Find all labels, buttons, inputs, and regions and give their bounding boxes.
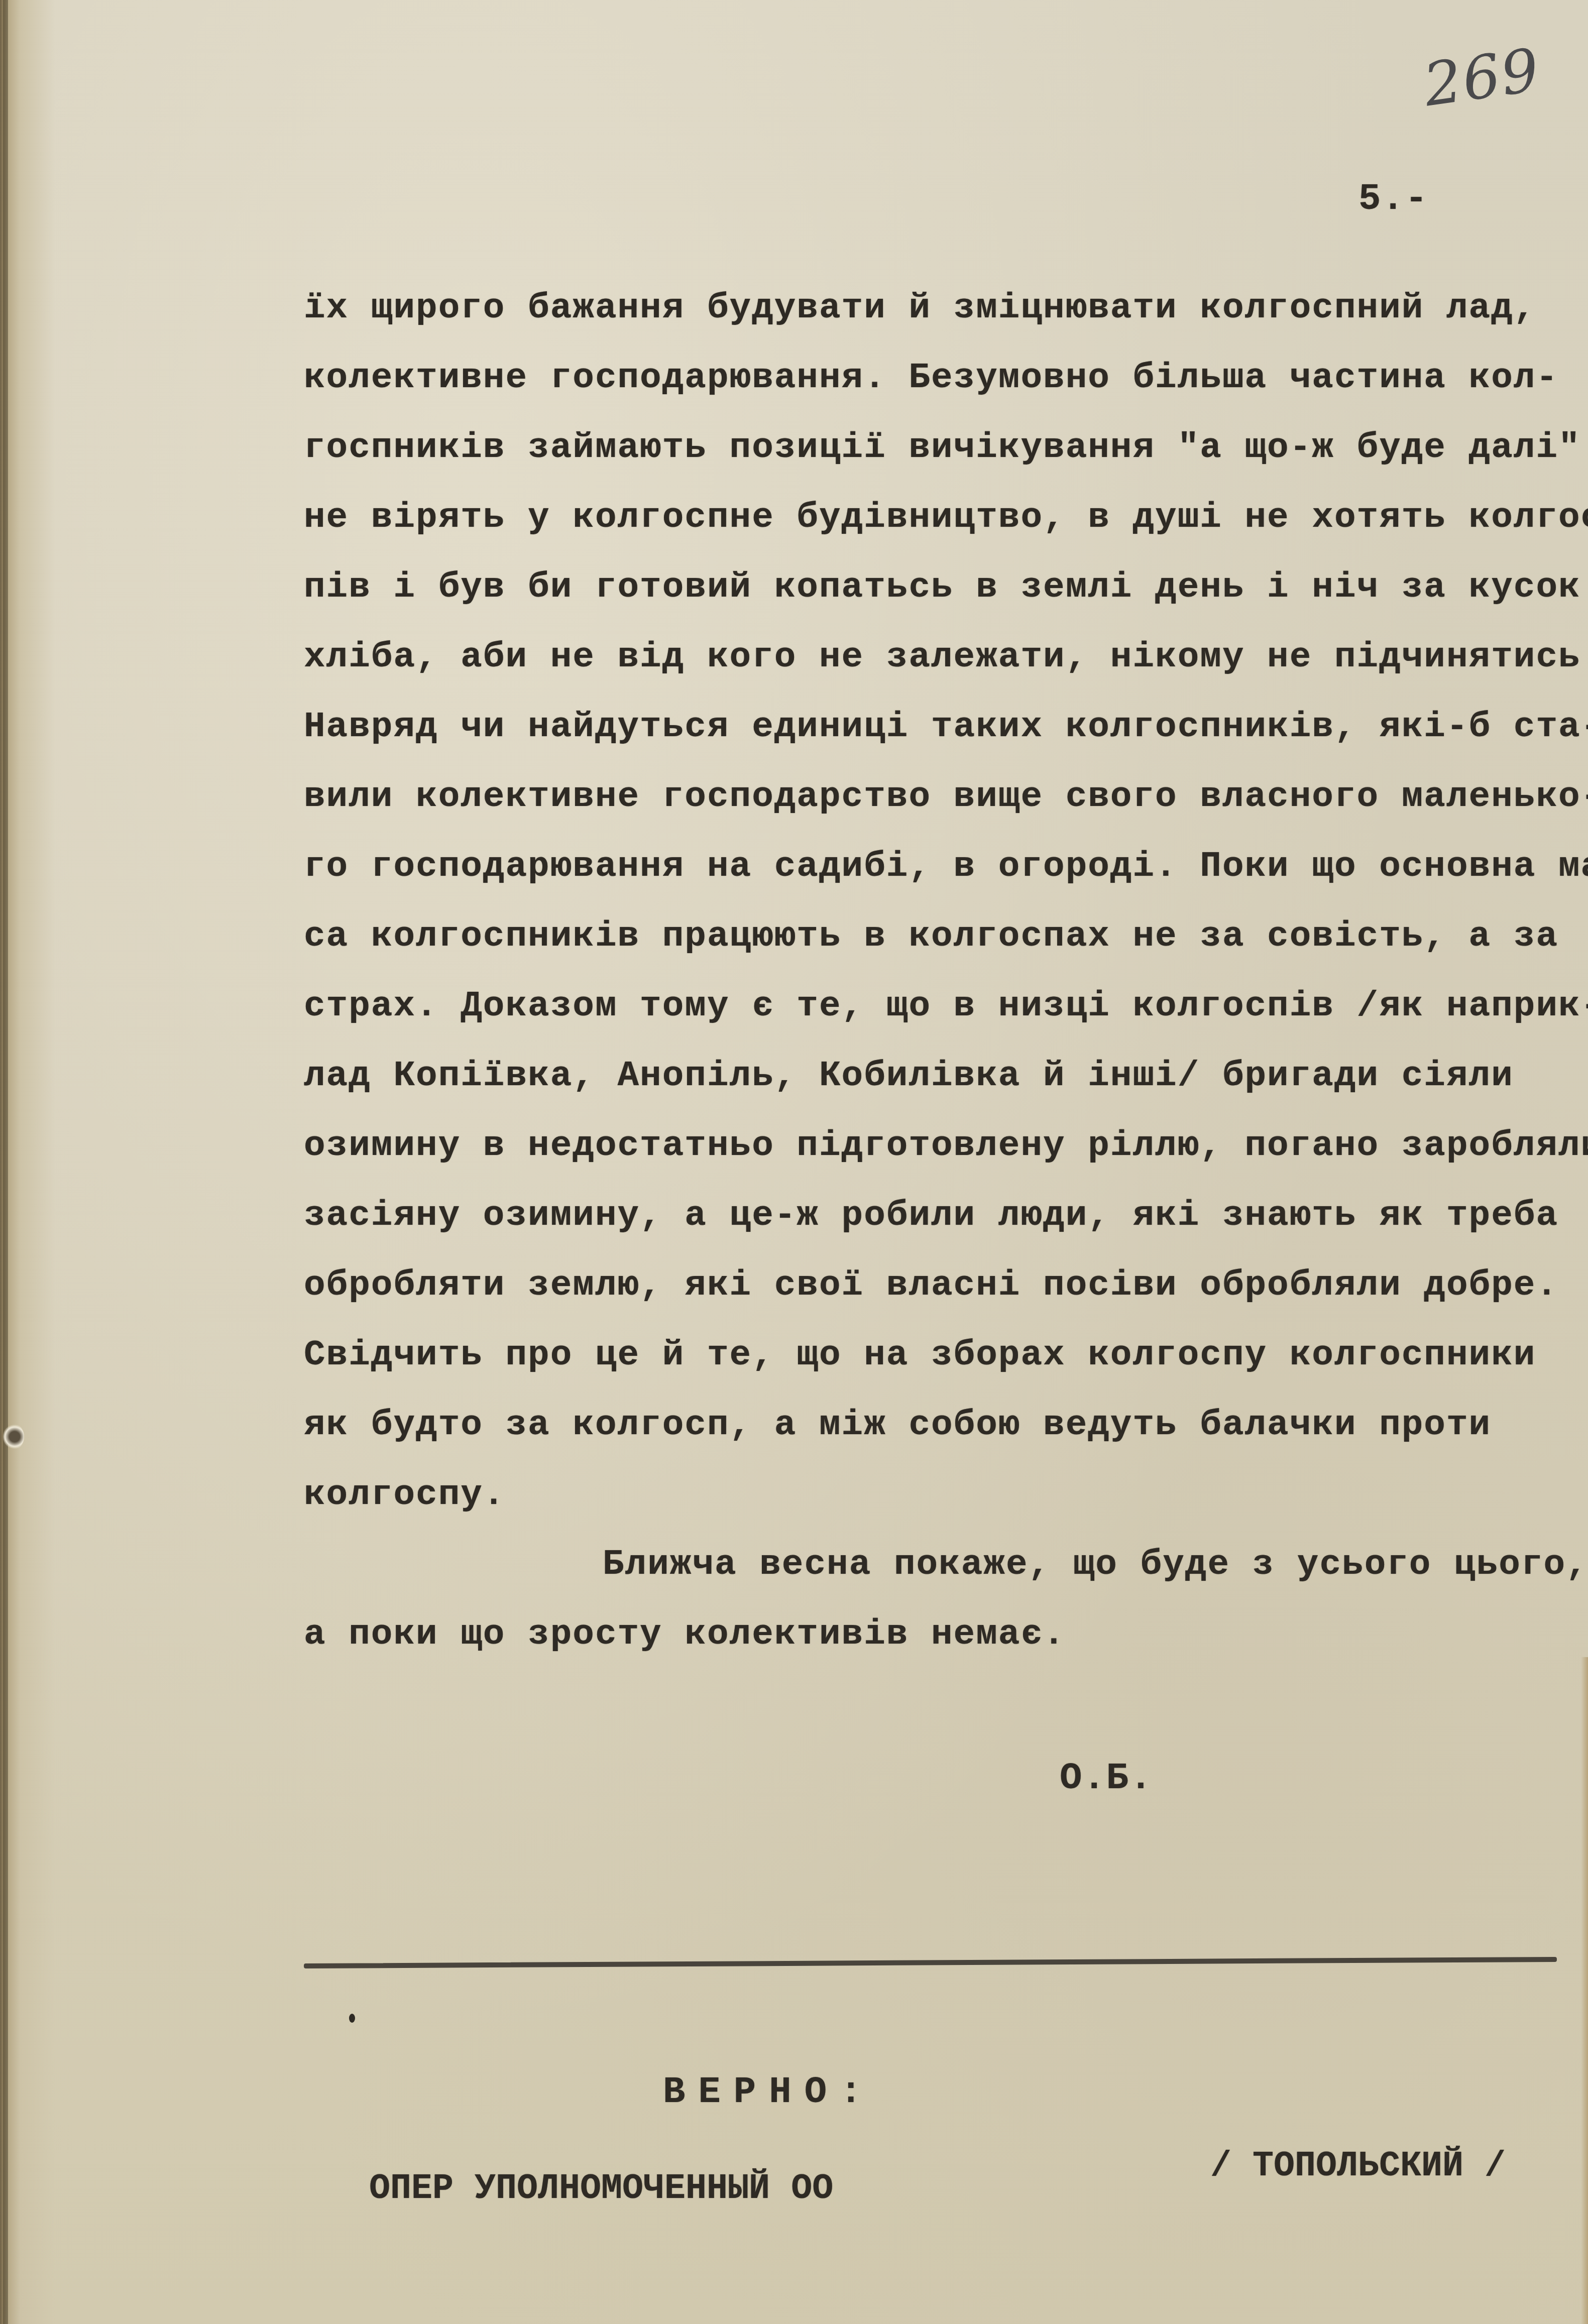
archive-folio-number: 269 [1420, 35, 1544, 120]
text-line: озимину в недостатньо підготовлену ріллю… [304, 1111, 1588, 1181]
text-line: колгоспу. [304, 1460, 1588, 1530]
text-line: не вірять у колгоспне будівництво, в душ… [304, 483, 1588, 553]
closing-paragraph-line: Ближча весна покаже, що буде з усього ць… [304, 1530, 1588, 1600]
punch-hole [3, 1424, 24, 1450]
page-edge-shadow [1581, 1657, 1588, 2324]
text-line: Навряд чи найдуться единиці таких колгос… [304, 692, 1588, 762]
text-line: засіяну озимину, а це-ж робили люди, які… [304, 1181, 1588, 1251]
text-line: хліба, аби не від кого не залежати, ніко… [304, 623, 1588, 692]
ink-dot [349, 2014, 355, 2023]
text-line: лад Копіївка, Анопіль, Кобилівка й інші/… [304, 1041, 1588, 1111]
certification-label: ВЕРНО: [663, 2071, 875, 2114]
closing-paragraph-line: а поки що зросту колективів немає. [304, 1600, 1588, 1670]
text-line: пів і був би готовий копатьсь в землі де… [304, 553, 1588, 623]
text-line: вили колективне господарство вище свого … [304, 762, 1588, 832]
binding-edge [0, 0, 55, 2324]
text-line: обробляти землю, які свої власні посіви … [304, 1251, 1588, 1321]
text-line: госпників займають позиції вичікування "… [304, 413, 1588, 483]
text-line: страх. Доказом тому є те, що в низці кол… [304, 972, 1588, 1041]
text-line: як будто за колгосп, а між собою ведуть … [304, 1390, 1588, 1460]
signature-initials: О.Б. [1060, 1758, 1153, 1800]
document-page: 269 5.- їх щирого бажання будувати й змі… [0, 0, 1588, 2324]
divider-line [304, 1957, 1557, 1968]
binding-shadow [3, 0, 8, 2324]
text-line: са колгоспників працюють в колгоспах не … [304, 902, 1588, 972]
text-line: Свідчить про це й те, що на зборах колго… [304, 1321, 1588, 1390]
text-line: колективне господарювання. Безумовно біл… [304, 343, 1588, 413]
text-line: го господарювання на садибі, в огороді. … [304, 832, 1588, 902]
page-number: 5.- [1358, 178, 1428, 220]
text-line: їх щирого бажання будувати й зміцнювати … [304, 274, 1588, 343]
body-text: їх щирого бажання будувати й зміцнювати … [304, 274, 1588, 1670]
officer-title: ОПЕР УПОЛНОМОЧЕННЫЙ ОО [369, 2169, 833, 2209]
officer-name: / ТОПОЛЬСКИЙ / [1210, 2147, 1506, 2186]
